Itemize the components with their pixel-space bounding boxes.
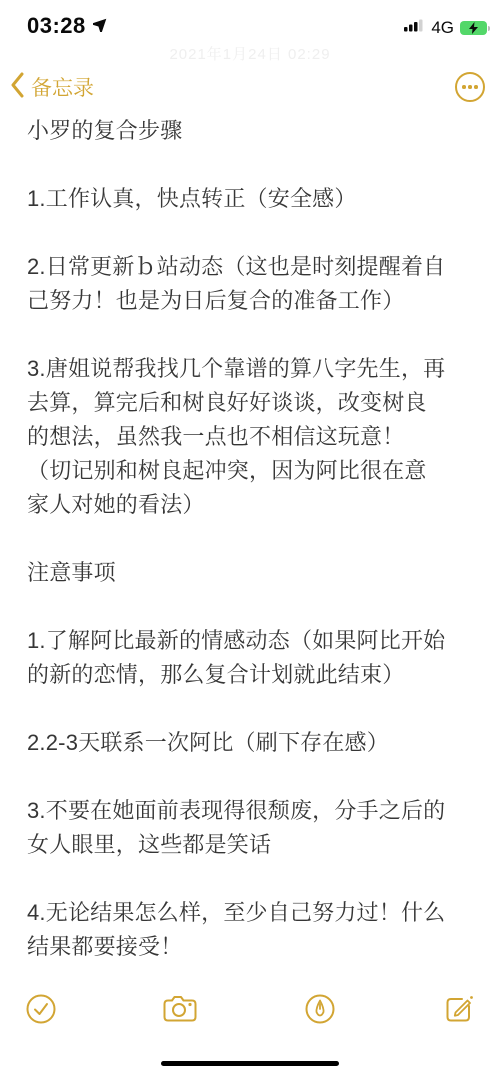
note-paragraph: 2.2-3天联系一次阿比（刷下存在感） — [27, 726, 473, 760]
note-paragraph: 注意事项 — [27, 556, 473, 590]
camera-icon — [162, 994, 198, 1027]
note-paragraph: 1.了解阿比最新的情感动态（如果阿比开始 的新的恋情，那么复合计划就此结束） — [27, 624, 473, 692]
more-options-button[interactable] — [455, 72, 485, 102]
note-paragraph: 3.不要在她面前表现得很颓废，分手之后的 女人眼里，这些都是笑话 — [27, 794, 473, 862]
nav-bar: 备忘录 — [0, 64, 500, 110]
chevron-left-icon — [10, 72, 24, 103]
markup-pen-icon — [304, 993, 336, 1028]
markup-button[interactable] — [303, 993, 337, 1027]
status-bar: 03:28 4G — [0, 0, 500, 48]
clock-time: 03:28 — [27, 13, 86, 39]
checkmark-circle-icon — [25, 993, 57, 1028]
note-date: 2021年1月24日 02:29 — [0, 43, 500, 64]
note-body[interactable]: 小罗的复合步骤1.工作认真，快点转正（安全感）2.日常更新ｂ站动态（这也是时刻提… — [27, 114, 473, 998]
back-button-label: 备忘录 — [31, 72, 94, 102]
note-paragraph: 2.日常更新ｂ站动态（这也是时刻提醒着自 己努力！也是为日后复合的准备工作） — [27, 250, 473, 318]
bottom-toolbar — [0, 986, 500, 1034]
camera-button[interactable] — [163, 993, 197, 1027]
network-type-label: 4G — [431, 18, 454, 38]
compose-button[interactable] — [442, 993, 476, 1027]
note-paragraph: 1.工作认真，快点转正（安全感） — [27, 182, 473, 216]
home-indicator[interactable] — [161, 1061, 339, 1066]
checklist-button[interactable] — [24, 993, 58, 1027]
note-paragraph: 4.无论结果怎么样，至少自己努力过！什么 结果都要接受！ — [27, 896, 473, 964]
back-button[interactable]: 备忘录 — [10, 64, 94, 110]
battery-charging-icon — [460, 21, 490, 35]
compose-icon — [443, 993, 475, 1028]
note-paragraph: 3.唐姐说帮我找几个靠谱的算八字先生，再 去算，算完后和树良好好谈谈，改变树良 … — [27, 352, 473, 522]
cellular-signal-icon — [404, 19, 425, 37]
location-arrow-icon — [93, 16, 109, 37]
ellipsis-icon — [462, 85, 466, 89]
note-paragraph: 小罗的复合步骤 — [27, 114, 473, 148]
